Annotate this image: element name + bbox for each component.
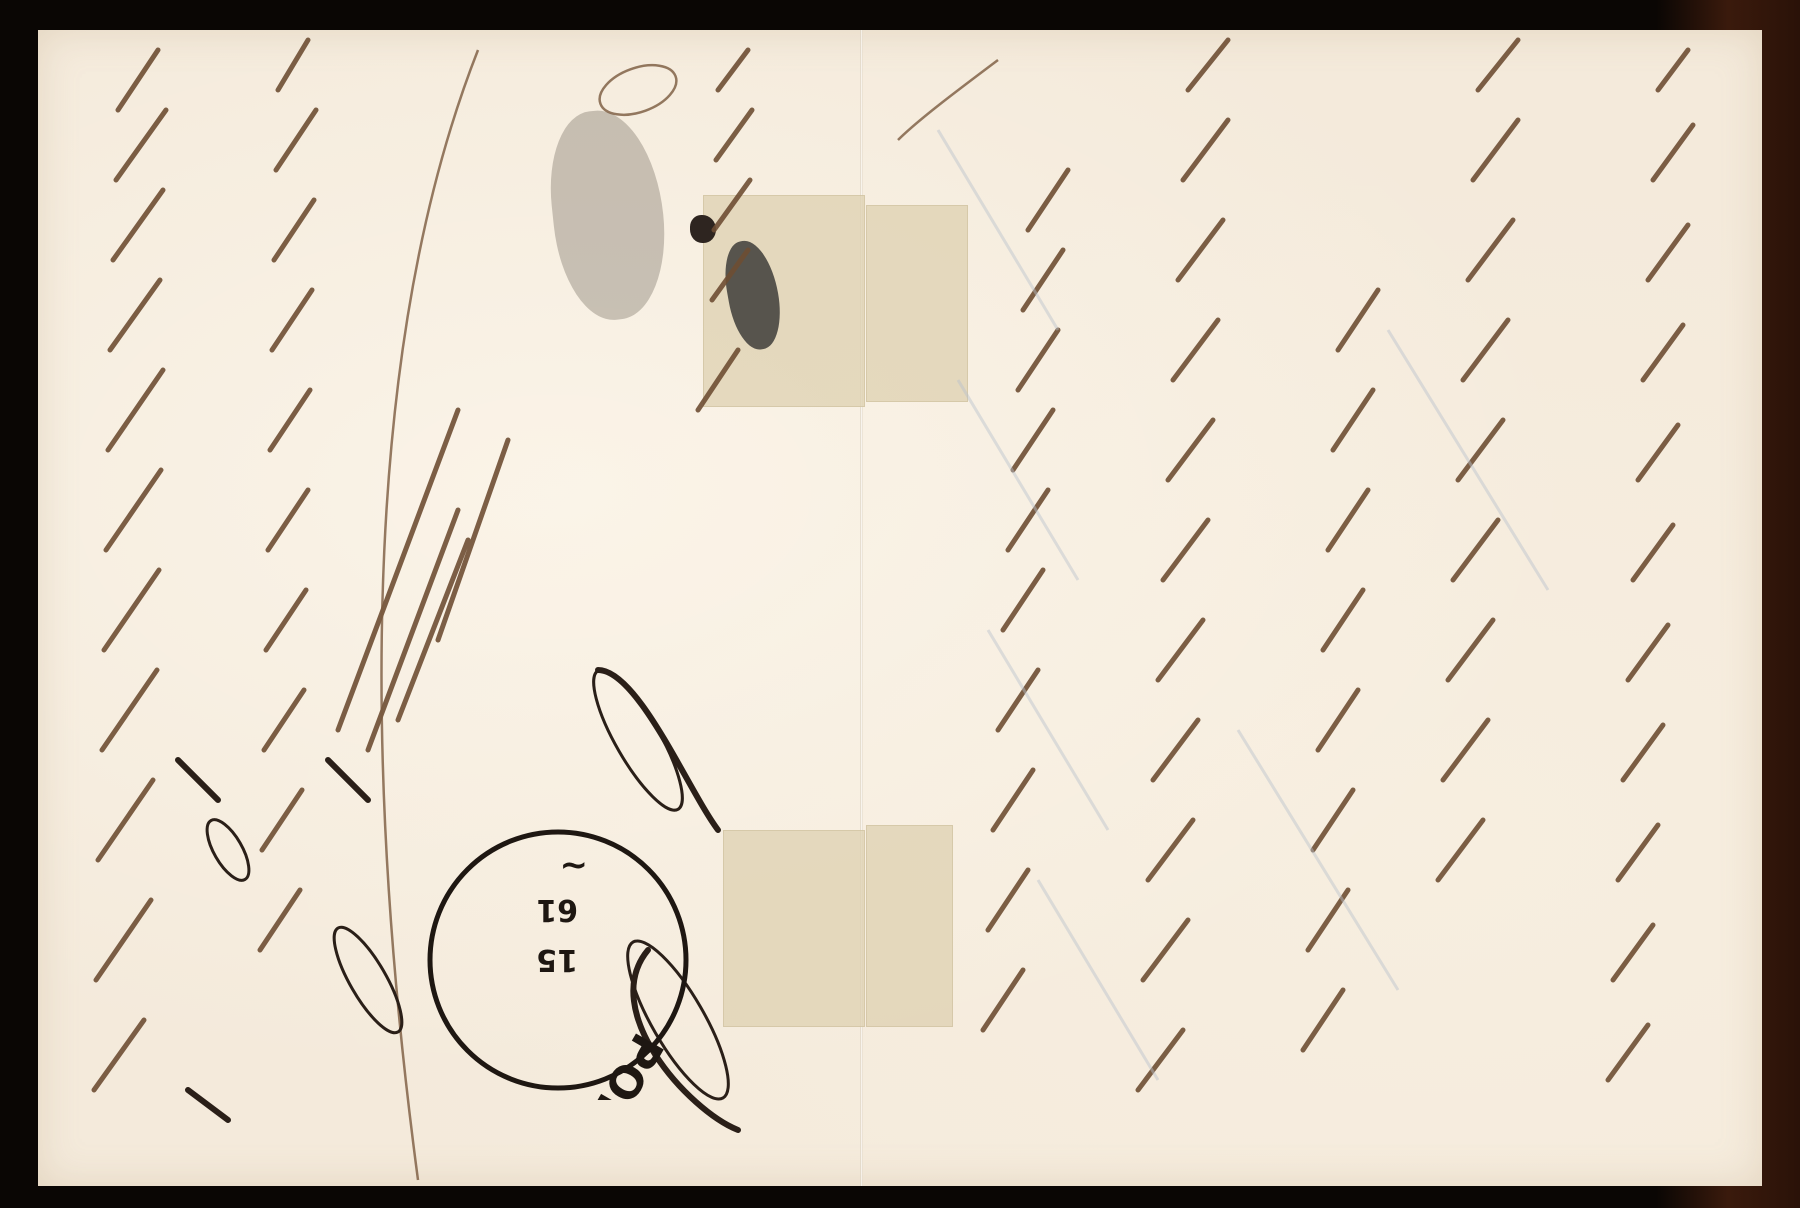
mark-one <box>178 760 218 800</box>
mark-bottom-left <box>188 1090 228 1120</box>
postmark-town: POLI <box>571 1025 672 1101</box>
mark-one-second <box>328 760 368 800</box>
script-column-9 <box>1608 50 1693 1080</box>
script-column-6 <box>1138 40 1228 1090</box>
script-column-1 <box>94 50 166 1090</box>
script-column-8 <box>1438 40 1518 880</box>
handwriting-strokes <box>38 30 1762 1186</box>
script-column-7 <box>1303 290 1378 1050</box>
script-column-2 <box>260 40 316 950</box>
postmark-day: 15 <box>536 942 578 977</box>
script-column-5 <box>983 170 1068 1030</box>
scan-background: POLI 15 61 ~ <box>0 0 1800 1208</box>
postmark-cancel: POLI 15 61 ~ <box>418 820 698 1100</box>
letter-paper: POLI 15 61 ~ <box>38 30 1762 1186</box>
postmark-year: 61 <box>536 892 578 927</box>
script-column-3 <box>338 410 508 750</box>
loop-stroke-top <box>898 60 998 140</box>
flourish-loop-upper <box>598 670 718 830</box>
script-column-4 <box>698 50 752 410</box>
postmark-month: ~ <box>560 846 589 886</box>
